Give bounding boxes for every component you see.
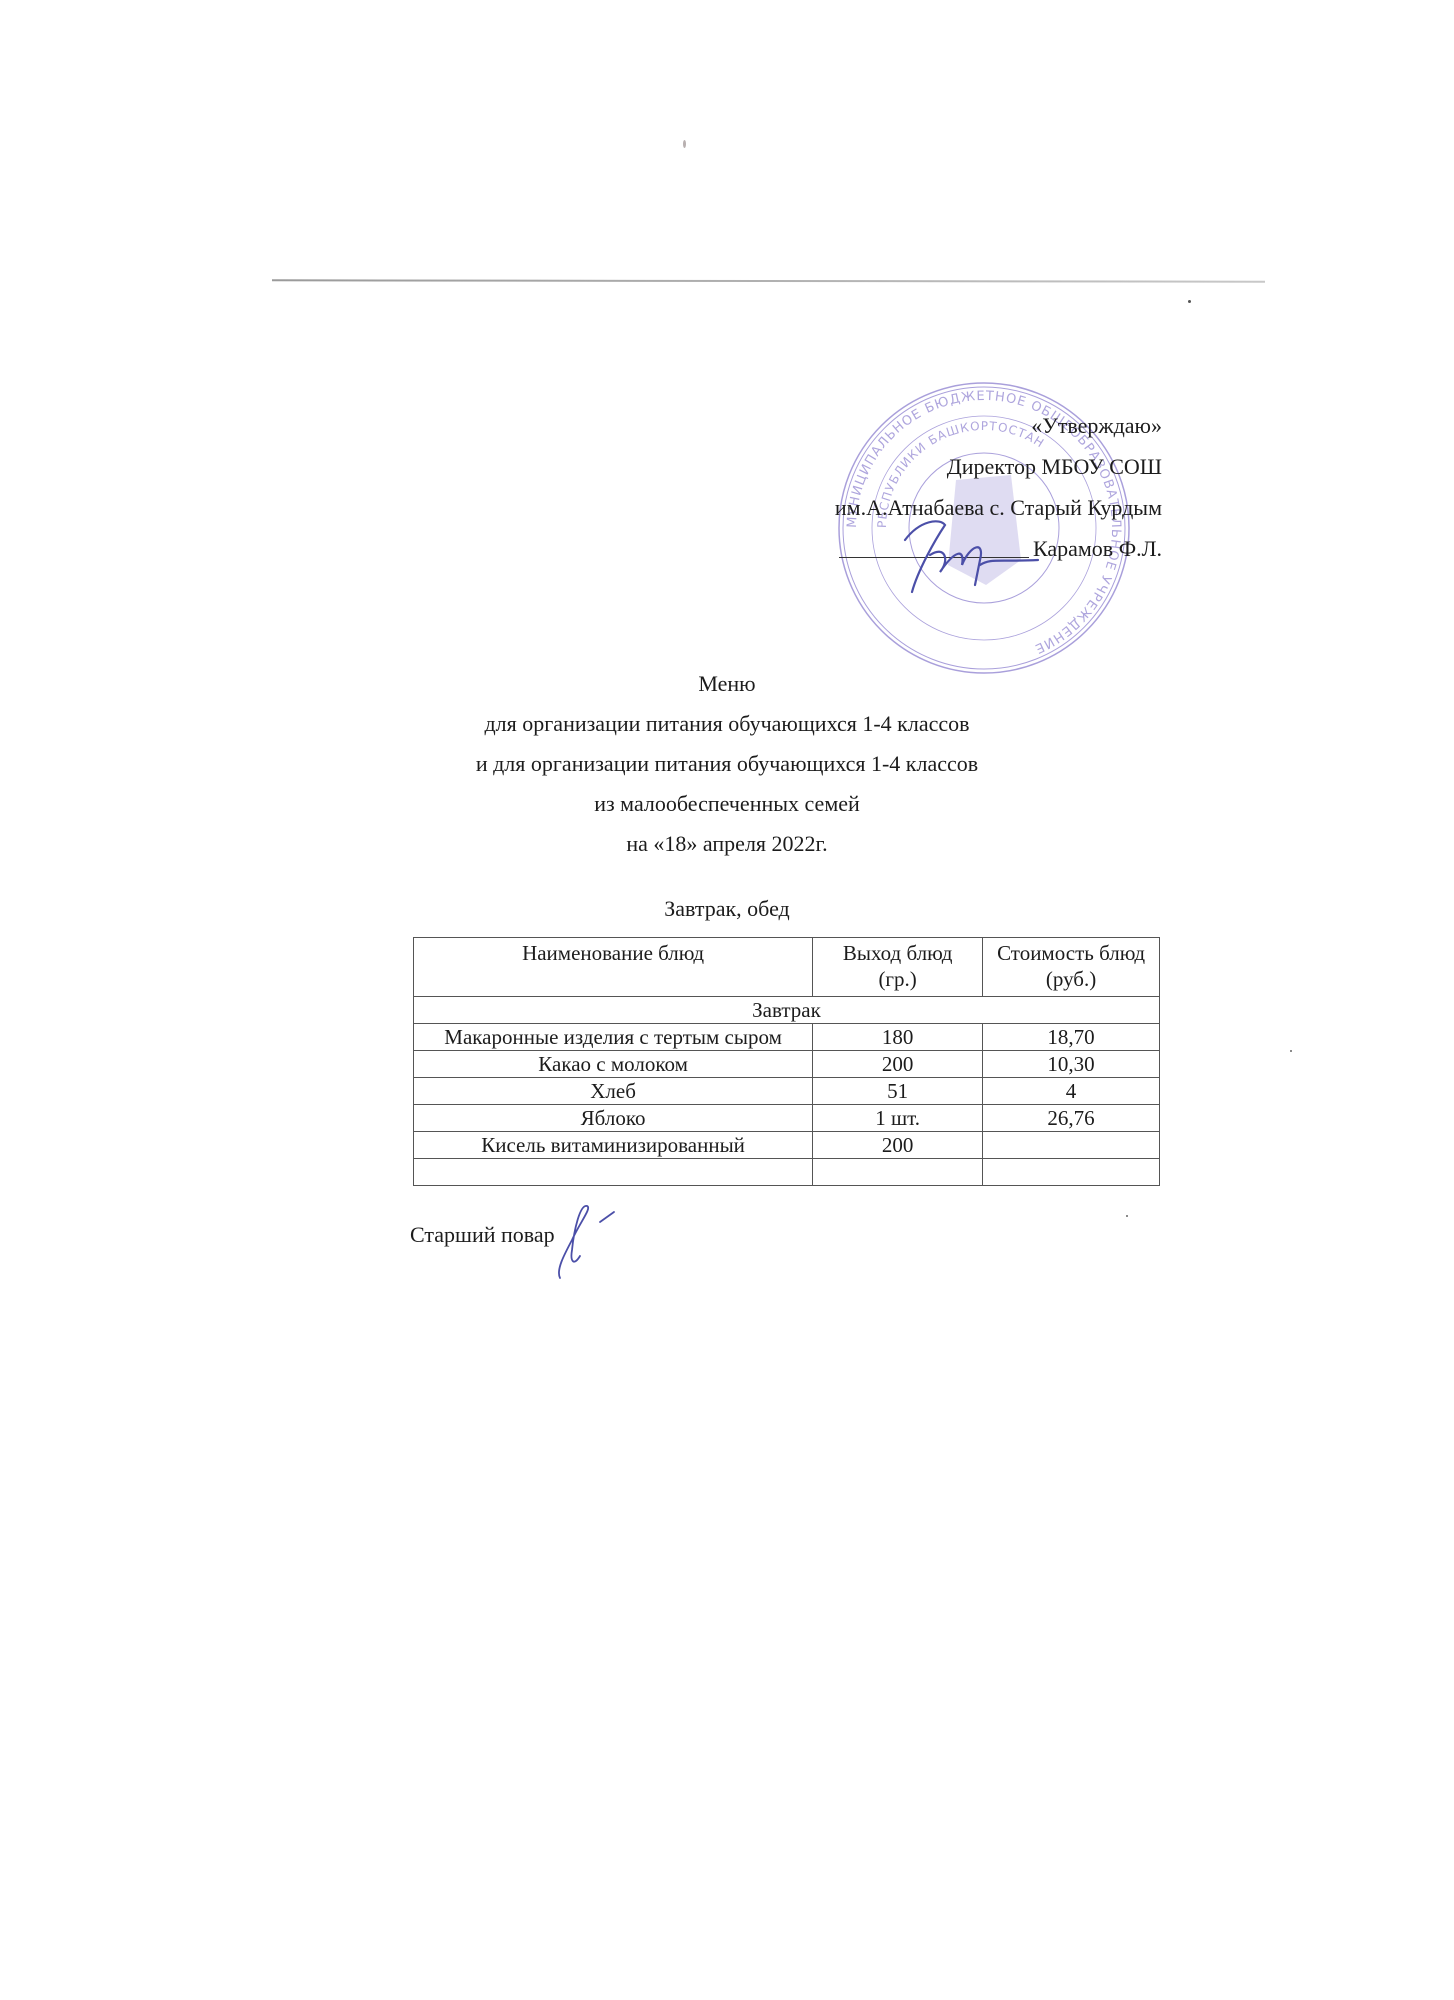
scan-speck (1188, 300, 1191, 303)
cell-weight: 51 (813, 1078, 983, 1105)
header-price: Стоимость блюд(руб.) (983, 938, 1160, 997)
cell-dish-name: Кисель витаминизированный (414, 1132, 813, 1159)
cell-dish-name: Яблоко (414, 1105, 813, 1132)
cell-price: 10,30 (983, 1051, 1160, 1078)
header-weight: Выход блюд(гр.) (813, 938, 983, 997)
cell-price: 26,76 (983, 1105, 1160, 1132)
cell-dish-name: Какао с молоком (414, 1051, 813, 1078)
title-line-3: и для организации питания обучающихся 1-… (0, 744, 1454, 784)
cell-dish-name (414, 1159, 813, 1186)
table-header-row: Наименование блюд Выход блюд(гр.) Стоимо… (414, 938, 1160, 997)
title-date: на «18» апреля 2022г. (0, 824, 1454, 864)
cell-weight: 1 шт. (813, 1105, 983, 1132)
document-title: Меню для организации питания обучающихся… (0, 664, 1454, 864)
title-menu: Меню (0, 664, 1454, 704)
header-dish-name: Наименование блюд (414, 938, 813, 997)
cell-weight: 180 (813, 1024, 983, 1051)
table-row: Макаронные изделия с тертым сыром18018,7… (414, 1024, 1160, 1051)
table-group-row: Завтрак (414, 997, 1160, 1024)
meal-section-title: Завтрак, обед (0, 896, 1454, 922)
title-line-2: для организации питания обучающихся 1-4 … (0, 704, 1454, 744)
title-line-4: из малообеспеченных семей (0, 784, 1454, 824)
table-row: Яблоко1 шт.26,76 (414, 1105, 1160, 1132)
cell-price: 18,70 (983, 1024, 1160, 1051)
cell-weight: 200 (813, 1051, 983, 1078)
group-label-breakfast: Завтрак (414, 997, 1160, 1024)
approval-position: Директор МБОУ СОШ (835, 446, 1162, 487)
cell-dish-name: Хлеб (414, 1078, 813, 1105)
header-rule (272, 279, 1265, 282)
table-row (414, 1159, 1160, 1186)
chef-signature (552, 1200, 632, 1280)
cell-price (983, 1132, 1160, 1159)
table-row: Хлеб514 (414, 1078, 1160, 1105)
approval-header: «Утверждаю» (835, 405, 1162, 446)
director-signature (890, 510, 1040, 600)
cell-price (983, 1159, 1160, 1186)
cell-weight: 200 (813, 1132, 983, 1159)
approval-signatory: Карамов Ф.Л. (1033, 536, 1162, 561)
cell-price: 4 (983, 1078, 1160, 1105)
footer-signer: Старший повар (410, 1222, 555, 1248)
signer-label: Старший повар (410, 1222, 555, 1247)
cell-dish-name: Макаронные изделия с тертым сыром (414, 1024, 813, 1051)
menu-table: Наименование блюд Выход блюд(гр.) Стоимо… (413, 937, 1160, 1186)
scan-speck (683, 140, 686, 148)
table-row: Какао с молоком20010,30 (414, 1051, 1160, 1078)
cell-weight (813, 1159, 983, 1186)
table-row: Кисель витаминизированный200 (414, 1132, 1160, 1159)
scan-speck (1126, 1215, 1128, 1217)
scan-speck (1290, 1050, 1292, 1052)
